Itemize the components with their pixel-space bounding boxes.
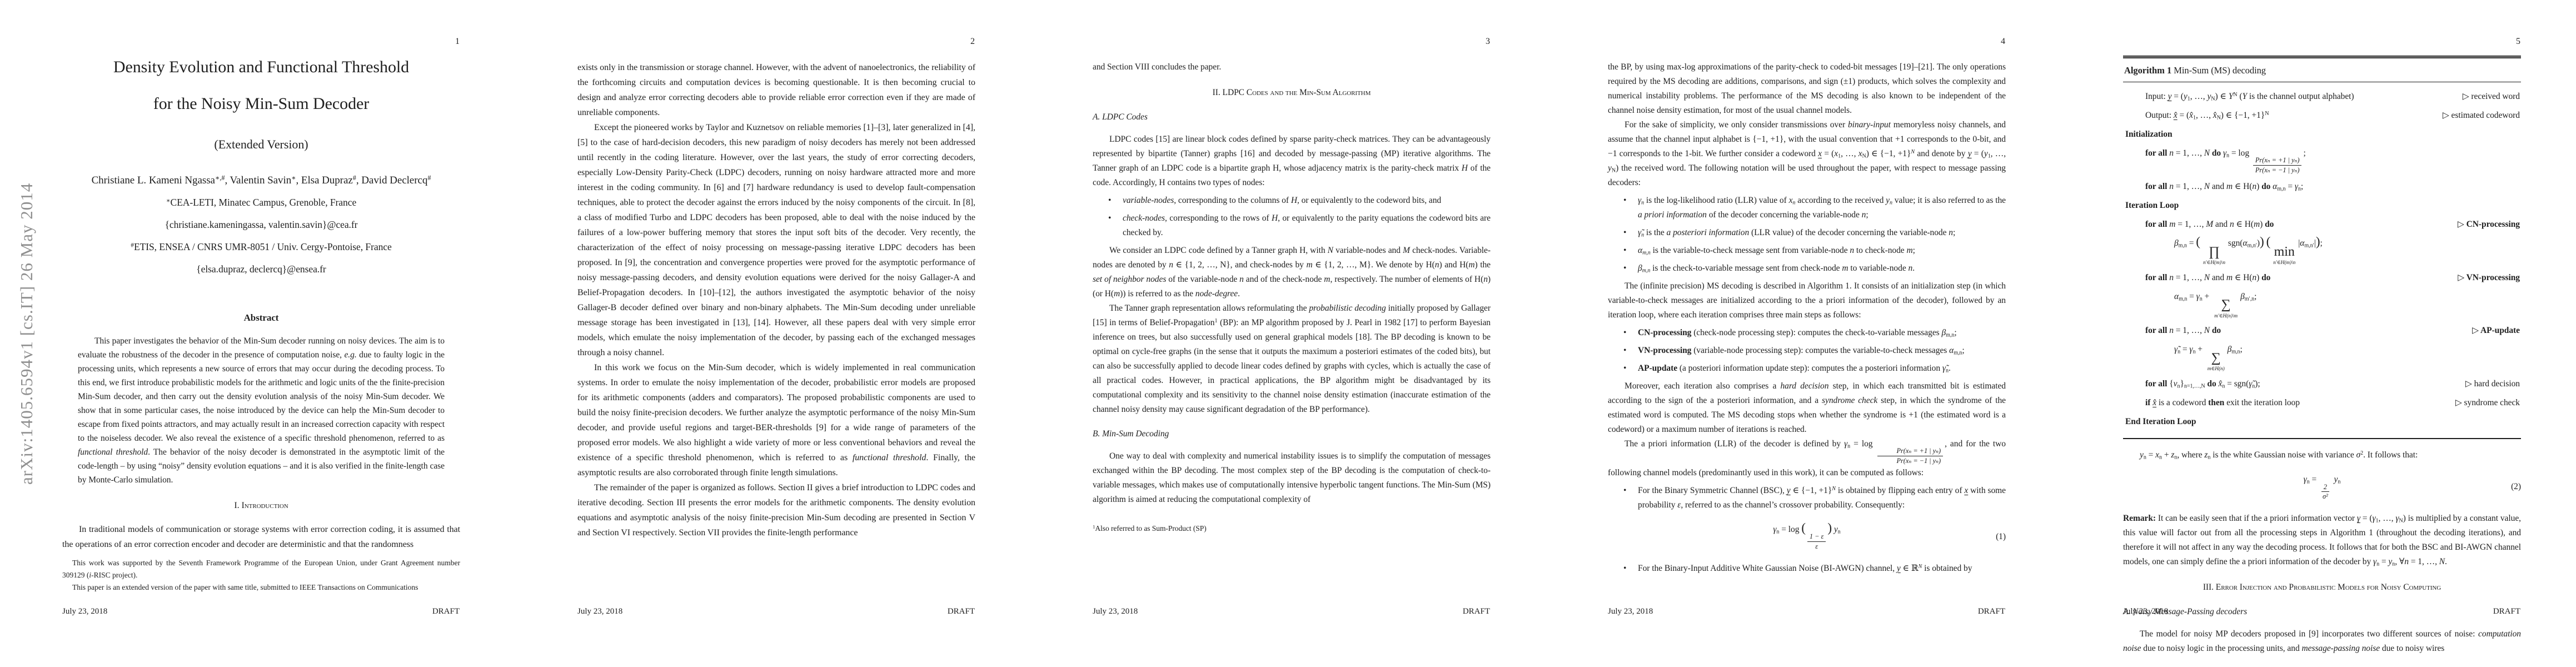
algorithm-line: if x̂ is a codeword then exit the iterat… <box>2123 394 2521 412</box>
section-heading-ldpc: II. LDPC Codes and the Min-Sum Algorithm <box>1093 86 1491 100</box>
page-5-content: Algorithm 1 Min-Sum (MS) decoding Input:… <box>2123 0 2521 656</box>
equation-2-tag: (2) <box>2511 480 2521 494</box>
body-paragraph: The Tanner graph representation allows r… <box>1093 301 1491 417</box>
subsection-heading-min-sum: B. Min-Sum Decoding <box>1093 427 1491 441</box>
body-paragraph: The model for noisy MP decoders proposed… <box>2123 627 2521 656</box>
remark-paragraph: Remark: It can be easily seen that if th… <box>2123 511 2521 569</box>
algorithm-line-vn-equation: αm,n = γn + ∑m′∈H(n)\mβm′,n; <box>2123 287 2521 322</box>
body-paragraph: The remainder of the paper is organized … <box>577 480 975 540</box>
footer-date: July 23, 2018 <box>62 607 107 616</box>
authors-line: Christiane L. Kameni Ngassa∗,#, Valentin… <box>62 173 460 188</box>
section-heading-introduction: I. Introduction <box>62 498 460 513</box>
body-paragraph: In traditional models of communication o… <box>62 522 460 552</box>
arxiv-watermark: arXiv:1405.6594v1 [cs.IT] 26 May 2014 <box>17 183 37 485</box>
affiliation-2: #ETIS, ENSEA / CNRS UMR-8051 / Univ. Cer… <box>62 240 460 255</box>
subsection-heading-ldpc-codes: A. LDPC Codes <box>1093 110 1491 125</box>
body-paragraph: We consider an LDPC code defined by a Ta… <box>1093 243 1491 301</box>
subsection-heading-noisy-mp: A. Noisy Message-Passing decoders <box>2123 605 2521 619</box>
algorithm-line-initialization: Initialization <box>2123 125 2521 144</box>
list-item: variable-nodes, corresponding to the col… <box>1093 193 1491 208</box>
affiliation-1: ∗CEA-LETI, Minatec Campus, Grenoble, Fra… <box>62 195 460 210</box>
body-paragraph: yn = xn + zn, where zn is the white Gaus… <box>2123 448 2521 462</box>
paper-title-line2: for the Noisy Min-Sum Decoder <box>62 93 460 115</box>
algorithm-line-cn-equation: βm,n = (∏n′∈H(m)\nsgn(αm,n′)) (minn′∈H(m… <box>2123 234 2521 268</box>
list-item: βm,n is the check-to-variable message se… <box>1608 261 2006 276</box>
list-item: γ̃n is the a posteriori information (LLR… <box>1608 226 2006 240</box>
footer-date: July 23, 2018 <box>1093 607 1138 616</box>
algorithm-label: Algorithm 1 <box>2124 65 2171 76</box>
section-heading-error-injection: III. Error Injection and Probabilistic M… <box>2123 580 2521 595</box>
body-paragraph: exists only in the transmission or stora… <box>577 60 975 120</box>
equation-1-tag: (1) <box>1996 530 2006 544</box>
email-1: {christiane.kameningassa, valentin.savin… <box>62 217 460 232</box>
equation-1: γn = log (1 − εε) yn (1) <box>1608 522 2006 551</box>
page-1-content: Density Evolution and Functional Thresho… <box>62 0 460 552</box>
list-item: AP-update (a posteriori information upda… <box>1608 361 2006 376</box>
footnote-extended-version: This paper is an extended version of the… <box>62 581 460 594</box>
page-2-content: exists only in the transmission or stora… <box>577 0 975 540</box>
equation-2-body: γn = 2σ² yn <box>2304 475 2341 484</box>
body-paragraph: and Section VIII concludes the paper. <box>1093 60 1491 74</box>
algorithm-box: Algorithm 1 Min-Sum (MS) decoding Input:… <box>2123 56 2521 439</box>
list-item: For the Binary-Input Additive White Gaus… <box>1608 561 2006 576</box>
body-paragraph: For the sake of simplicity, we only cons… <box>1608 118 2006 190</box>
algorithm-line-input: Input: y = (y1, …, yN) ∈ YN (Y is the ch… <box>2123 87 2521 106</box>
page-3: 3 and Section VIII concludes the paper. … <box>1030 0 1546 667</box>
email-2: {elsa.dupraz, declercq}@ensea.fr <box>62 262 460 277</box>
footer-date: July 23, 2018 <box>2123 607 2168 616</box>
footer-date: July 23, 2018 <box>577 607 622 616</box>
page-4-content: the BP, by using max-log approximations … <box>1608 0 2006 579</box>
footer-draft: DRAFT <box>1463 607 1490 616</box>
body-paragraph: The a priori information (LLR) of the de… <box>1608 437 2006 480</box>
algorithm-line: for all n = 1, …, N and m ∈ H(n) do▷ VN-… <box>2123 268 2521 287</box>
algorithm-line-output: Output: x̂ = (x̂1, …, x̂N) ∈ {−1, +1}N▷ … <box>2123 106 2521 125</box>
equation-1-body: γn = log (1 − εε) yn <box>1773 525 1840 534</box>
list-item: check-nodes, corresponding to the rows o… <box>1093 211 1491 240</box>
footer-draft: DRAFT <box>948 607 975 616</box>
page-5: 5 Algorithm 1 Min-Sum (MS) decoding Inpu… <box>2061 0 2576 667</box>
algorithm-line-ap-equation: γ̃n = γn + ∑m∈H(n)βm,n; <box>2123 340 2521 375</box>
list-item: VN-processing (variable-node processing … <box>1608 344 2006 358</box>
list-item: αm,n is the variable-to-check message se… <box>1608 243 2006 258</box>
algorithm-line: for all m = 1, …, M and n ∈ H(m) do▷ CN-… <box>2123 215 2521 234</box>
title-footnotes: This work was supported by the Seventh F… <box>62 557 460 594</box>
algorithm-name: Min-Sum (MS) decoding <box>2171 65 2266 76</box>
body-paragraph: In this work we focus on the Min-Sum dec… <box>577 360 975 480</box>
list-item: CN-processing (check-node processing ste… <box>1608 326 2006 340</box>
page-4: 4 the BP, by using max-log approximation… <box>1546 0 2061 667</box>
algorithm-line: for all n = 1, …, N do▷ AP-update <box>2123 321 2521 340</box>
list-item: For the Binary Symmetric Channel (BSC), … <box>1608 484 2006 512</box>
abstract-heading: Abstract <box>62 310 460 325</box>
footnote-sum-product: 1Also referred to as Sum-Product (SP) <box>1093 522 1491 534</box>
algorithm-title-rule <box>2123 82 2521 82</box>
abstract-text: This paper investigates the behavior of … <box>78 334 445 487</box>
footer-draft: DRAFT <box>432 607 460 616</box>
algorithm-title: Algorithm 1 Min-Sum (MS) decoding <box>2123 61 2521 82</box>
page-3-content: and Section VIII concludes the paper. II… <box>1093 0 1491 534</box>
body-paragraph: LDPC codes [15] are linear block codes d… <box>1093 132 1491 190</box>
equation-2: γn = 2σ² yn (2) <box>2123 472 2521 501</box>
list-item: γn is the log-likelihood ratio (LLR) val… <box>1608 193 2006 222</box>
footer-draft: DRAFT <box>1978 607 2005 616</box>
body-paragraph: The (infinite precision) MS decoding is … <box>1608 279 2006 322</box>
body-paragraph: Except the pioneered works by Taylor and… <box>577 120 975 360</box>
page-2: 2 exists only in the transmission or sto… <box>515 0 1030 667</box>
algorithm-line-end: End Iteration Loop <box>2123 412 2521 431</box>
footnote-funding: This work was supported by the Seventh F… <box>62 557 460 581</box>
document-canvas: { "arxiv": { "sidebar": "arXiv:1405.6594… <box>0 0 2576 667</box>
footer-draft: DRAFT <box>2493 607 2520 616</box>
body-paragraph: Moreover, each iteration also comprises … <box>1608 379 2006 437</box>
algorithm-line: for all n = 1, …, N do γn = log Pr(xₙ = … <box>2123 144 2521 177</box>
paper-version: (Extended Version) <box>62 137 460 152</box>
algorithm-line: for all {vn}n=1,…,N do x̂n = sgn(γ̃n);▷ … <box>2123 375 2521 394</box>
body-paragraph: One way to deal with complexity and nume… <box>1093 449 1491 507</box>
footer-date: July 23, 2018 <box>1608 607 1653 616</box>
algorithm-line: for all n = 1, …, N and m ∈ H(n) do αm,n… <box>2123 177 2521 196</box>
body-paragraph: the BP, by using max-log approximations … <box>1608 60 2006 118</box>
paper-title-line1: Density Evolution and Functional Thresho… <box>62 57 460 78</box>
algorithm-line-iteration-loop: Iteration Loop <box>2123 196 2521 215</box>
page-1: arXiv:1405.6594v1 [cs.IT] 26 May 2014 1 … <box>0 0 515 667</box>
